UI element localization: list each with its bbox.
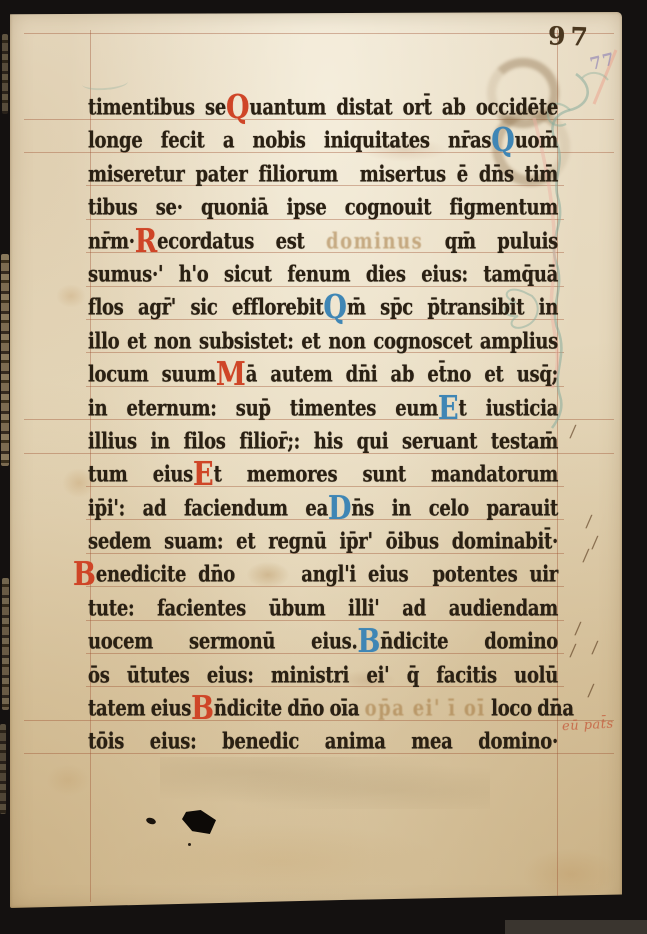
gutter-leaf-edge xyxy=(1,254,9,466)
pen-flourish xyxy=(585,512,593,532)
body-text: tōis eius: benedic anima mea domino· xyxy=(88,729,558,755)
body-text: n̄dicite dn̄o oīa xyxy=(214,696,365,722)
body-text: miseretur pater filiorum misertus ē dn̄s… xyxy=(88,162,558,188)
gutter-leaf-edge xyxy=(2,34,8,114)
body-text: ip̄i': ad faciendum ea xyxy=(88,496,328,522)
body-text: t iusticia xyxy=(459,396,558,422)
body-text: timentibus se xyxy=(88,95,226,121)
body-text: sedem suam: et regnū ip̄r' ōibus dominab… xyxy=(88,529,558,555)
body-text: n̄s in celo parauit xyxy=(351,496,558,522)
erased-text: dominus xyxy=(326,229,423,255)
body-text: m̄ sp̄c p̄transibit in xyxy=(347,295,558,321)
body-text: tute: facientes ūbum illi' ad audiendam xyxy=(88,596,558,622)
folio-number: 97 xyxy=(548,21,594,52)
pen-flourish xyxy=(591,638,599,658)
body-text: longe fecit a nobis iniquitates nr̄as xyxy=(88,128,491,154)
parchment-stain xyxy=(46,764,90,796)
pen-flourish xyxy=(574,619,582,639)
pen-flourish xyxy=(582,546,590,566)
pen-flourish xyxy=(587,681,595,701)
body-text: flos agr̄' sic efflorebit xyxy=(88,295,323,321)
pen-flourish xyxy=(569,422,577,442)
body-text: in eternum: sup̄ timentes eum xyxy=(88,396,438,422)
body-text: n̄dicite domino xyxy=(380,629,558,655)
body-text: t memores sunt mandatorum xyxy=(214,462,558,488)
body-text: tum eius xyxy=(88,462,193,488)
manuscript-scan: { "page": { "folio_number": "97", "penci… xyxy=(0,0,647,934)
verso-showthrough xyxy=(160,757,490,809)
body-text: ecordatus est xyxy=(157,229,326,255)
pen-flourish xyxy=(591,533,599,553)
body-text: illius in filos filior̄;: his qui seruan… xyxy=(88,429,558,455)
body-text: loco dn̄a xyxy=(486,696,574,722)
pen-flourish xyxy=(569,641,577,661)
erased-text: op̄a ei' ī oī xyxy=(365,696,486,722)
gutter-leaf-edge xyxy=(0,724,6,814)
body-text: uom̄ xyxy=(515,128,558,154)
ruling-line xyxy=(24,33,614,34)
parchment-speck xyxy=(188,843,191,846)
body-text: tibus se· quoniā ipse cognouit figmentum xyxy=(88,195,558,221)
parchment-hole xyxy=(182,810,216,834)
body-text: tatem eius xyxy=(88,696,191,722)
body-text: locum suum xyxy=(88,362,216,388)
body-text: qm̄ puluis xyxy=(423,229,558,255)
pencil-foliation: 77 xyxy=(588,49,618,75)
manuscript-page: 97 77 eū pat̄s timentibus seQuantum dist… xyxy=(10,12,622,908)
body-text: uantum distat ort̄ ab occidēte xyxy=(250,95,558,121)
body-text: sumus·' h'o sicut fenum dies eius: tamq̄… xyxy=(88,262,558,288)
parchment-hole-speck xyxy=(145,817,156,826)
parchment-stain xyxy=(522,848,618,900)
body-text: angl'i eius potentes uir xyxy=(289,562,558,588)
body-text: ā autem dn̄i ab et̄no et usq̄; xyxy=(246,362,558,388)
body-text: ōs ūtutes eius: ministri ei' q̄ facitis … xyxy=(88,663,558,689)
erasure-blot xyxy=(247,562,289,588)
next-leaf-corner xyxy=(505,920,647,934)
text-block: timentibus seQuantum distat ort̄ ab occi… xyxy=(88,93,558,761)
body-text: nr̄m· xyxy=(88,229,135,255)
gutter-leaf-edge xyxy=(2,578,9,710)
text-line: tōis eius: benedic anima mea domino· xyxy=(88,722,558,763)
parchment-stain xyxy=(120,824,440,898)
parchment-stain xyxy=(56,284,86,308)
body-text: uocem sermonū eius. xyxy=(88,629,357,655)
page-bottom-edge xyxy=(10,910,32,923)
body-text: illo et non subsistet: et non cognoscet … xyxy=(88,329,558,355)
body-text: enedicite dn̄o xyxy=(96,562,247,588)
